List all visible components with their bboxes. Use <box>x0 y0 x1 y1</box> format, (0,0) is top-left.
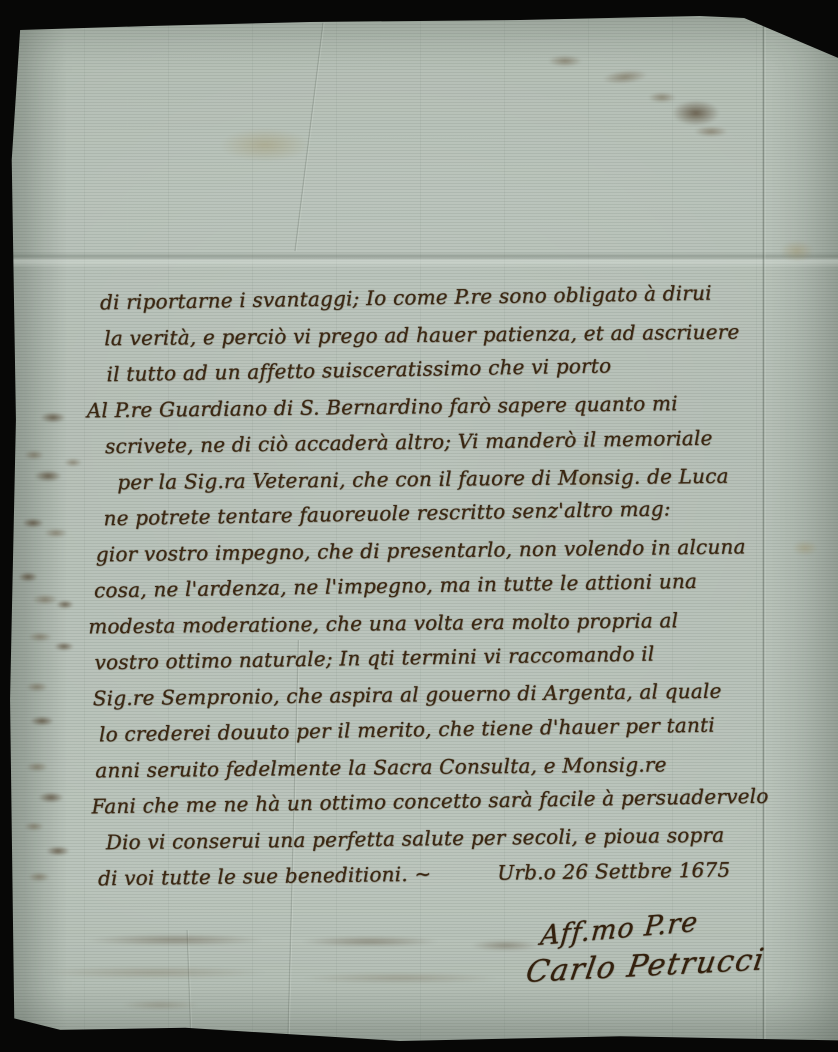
ink-showthrough-spot <box>548 55 582 67</box>
margin-bleed-spot <box>38 792 64 803</box>
margin-bleed-spot <box>54 642 74 651</box>
stain-top-left <box>220 128 310 162</box>
margin-bleed-spot <box>24 822 44 831</box>
margin-bleed-spot <box>24 450 44 460</box>
margin-bleed-spot <box>30 716 54 726</box>
showthrough-smudge <box>85 934 265 946</box>
margin-bleed-spot <box>56 600 74 609</box>
margin-bleed-spot <box>28 872 50 882</box>
line-text: di riportarne i svantaggi; Io come P.re … <box>100 281 712 315</box>
line-text: Sig.re Sempronio, che aspira al gouerno … <box>93 679 722 711</box>
showthrough-smudge <box>470 940 540 951</box>
showthrough-smudge <box>120 1000 200 1010</box>
line-text: vostro ottimo naturale; In qti termini v… <box>94 642 654 675</box>
dateline: Urb.o 26 Settbre 1675 <box>497 852 731 891</box>
line-text: la verità, e perciò vi prego ad hauer pa… <box>104 320 739 351</box>
margin-bleed-spot <box>44 528 68 538</box>
line-text: cosa, ne l'ardenza, ne l'impegno, ma in … <box>94 569 697 602</box>
margin-bleed-spot <box>28 632 52 642</box>
scan-background: di riportarne i svantaggi; Io come P.re … <box>0 0 838 1052</box>
margin-bleed-spot <box>26 682 48 692</box>
ink-blot-top-right <box>672 100 720 126</box>
margin-bleed-spot <box>22 518 44 528</box>
margin-bleed-spot <box>32 594 58 605</box>
showthrough-smudge <box>300 972 500 984</box>
line-text: Fani che me ne hà un ottimo concetto sar… <box>91 784 768 819</box>
closing-text: di voi tutte le sue beneditioni. ~ <box>98 862 432 891</box>
line-text: scrivete, ne di ciò accaderà altro; Vi m… <box>105 426 713 458</box>
line-text: Al P.re Guardiano di S. Bernardino farò … <box>87 391 678 422</box>
line-text: anni seruito fedelmente la Sacra Consult… <box>95 752 667 782</box>
line-text: ne potrete tentare fauoreuole rescritto … <box>103 496 671 530</box>
line-text: gior vostro impegno, che di presentarlo,… <box>96 534 746 566</box>
line-text: modesta moderatione, che una volta era m… <box>88 608 678 638</box>
ink-showthrough-spot <box>694 126 728 137</box>
line-text: il tutto ad un affetto suisceratissimo c… <box>106 353 611 386</box>
line-text: lo crederei douuto per il merito, che ti… <box>99 713 715 747</box>
letter-page: di riportarne i svantaggi; Io come P.re … <box>0 0 838 1052</box>
horizontal-fold-crease <box>0 252 838 268</box>
margin-bleed-spot <box>40 412 66 423</box>
stain-right <box>780 240 814 262</box>
line-text: per la Sig.ra Veterani, che con il fauor… <box>117 464 729 494</box>
margin-bleed-spot <box>64 458 82 467</box>
signature-block: Aff.mo P.re Carlo Petrucci <box>540 908 830 982</box>
stain-right <box>792 540 818 556</box>
margin-bleed-spot <box>34 470 62 482</box>
showthrough-smudge <box>300 936 440 947</box>
ink-showthrough-spot <box>648 92 676 103</box>
margin-bleed-spot <box>46 846 70 856</box>
margin-bleed-spot <box>26 762 48 772</box>
line-text: Dio vi conserui una perfetta salute per … <box>106 823 725 855</box>
margin-bleed-spot <box>18 572 38 582</box>
showthrough-smudge <box>40 966 270 979</box>
letter-body: di riportarne i svantaggi; Io come P.re … <box>86 280 780 897</box>
